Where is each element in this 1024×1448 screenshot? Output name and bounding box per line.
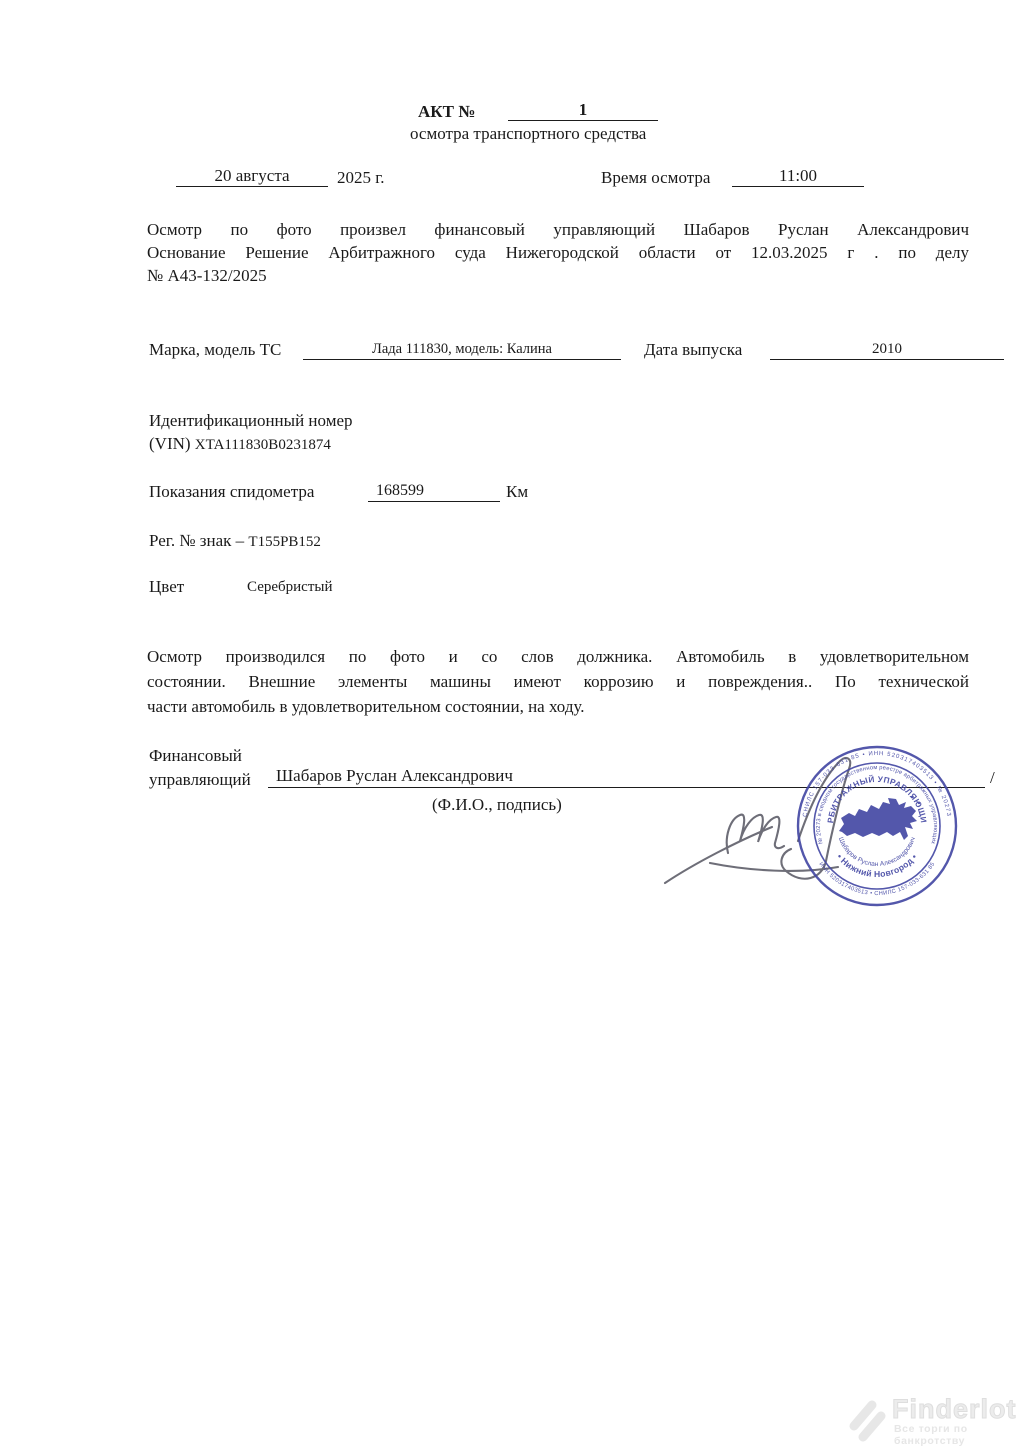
doc-title-subtitle: осмотра транспортного средства — [410, 123, 646, 145]
inspection-time-label: Время осмотра — [601, 167, 710, 189]
arbitration-manager-stamp: СНИЛС 157-033-631 85 • ИНН 520317403513 … — [792, 741, 962, 911]
fio-caption: (Ф.И.О., подпись) — [432, 794, 562, 816]
doc-title-number: 1 — [508, 99, 658, 121]
manager-role-line1: Финансовый — [149, 745, 242, 767]
russia-map-island — [918, 802, 920, 804]
finderlot-logo-icon — [846, 1398, 890, 1442]
doc-title-label: АКТ № — [418, 101, 475, 123]
russia-map-island — [911, 796, 914, 799]
inspector-paragraph-line: Осмотр по фото произвел финансовый управ… — [147, 218, 969, 241]
inspection-time-value: 11:00 — [732, 165, 864, 187]
manager-name: Шабаров Руслан Александрович — [268, 766, 513, 785]
odometer-value: 168599 — [368, 479, 500, 502]
condition-paragraph-line: Осмотр производился по фото и со слов до… — [147, 644, 969, 669]
condition-paragraph-line: состоянии. Внешние элементы машины имеют… — [147, 669, 969, 694]
watermark-brand: Finderlot — [892, 1396, 1017, 1422]
color-label: Цвет — [149, 576, 184, 598]
release-year-label: Дата выпуска — [644, 339, 742, 361]
manager-role-line2: управляющий — [149, 769, 251, 791]
vin-label-line2: (VIN) — [149, 434, 191, 453]
inspector-paragraph: Осмотр по фото произвел финансовый управ… — [147, 218, 969, 287]
reg-plate-label: Рег. № знак – — [149, 531, 244, 550]
inspector-paragraph-line: № А43-132/2025 — [147, 264, 969, 287]
finderlot-watermark: Finderlot Все торги по банкротству — [846, 1396, 1016, 1442]
vin-row: (VIN) XTA111830B0231874 — [149, 433, 331, 456]
make-model-value: Лада 111830, модель: Калина — [303, 337, 621, 360]
russia-map-icon — [839, 798, 917, 840]
reg-plate-value: Т155РВ152 — [248, 534, 321, 550]
inspection-date-value: 20 августа — [176, 165, 328, 187]
signature-slash: / — [990, 767, 995, 789]
condition-paragraph-line: части автомобиль в удовлетворительном со… — [147, 694, 969, 719]
vin-label-line1: Идентификационный номер — [149, 410, 353, 432]
color-value: Серебристый — [247, 579, 332, 596]
act-document-page: АКТ № 1 осмотра транспортного средства 2… — [0, 0, 1024, 1448]
watermark-tagline: Все торги по банкротству — [894, 1423, 1016, 1447]
vin-value: XTA111830B0231874 — [195, 437, 331, 453]
odometer-unit: Км — [506, 481, 528, 503]
reg-plate-row: Рег. № знак – Т155РВ152 — [149, 530, 321, 553]
make-model-label: Марка, модель ТС — [149, 339, 281, 361]
odometer-label: Показания спидометра — [149, 481, 314, 503]
signature-stroke — [665, 827, 772, 883]
release-year-value: 2010 — [770, 337, 1004, 360]
condition-paragraph: Осмотр производился по фото и со слов до… — [147, 644, 969, 719]
inspection-year-suffix: 2025 г. — [337, 167, 385, 189]
inspector-paragraph-line: Основание Решение Арбитражного суда Ниже… — [147, 241, 969, 264]
